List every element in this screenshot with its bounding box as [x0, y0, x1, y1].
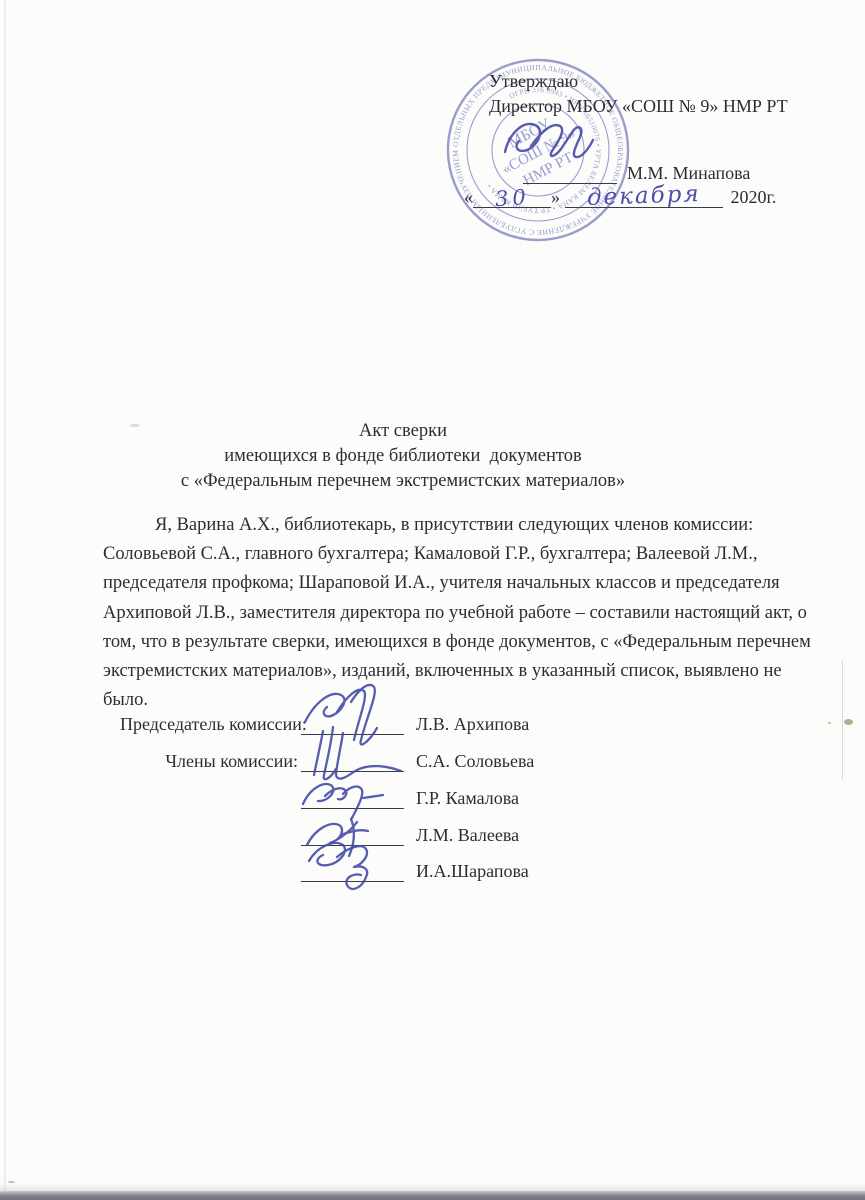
body-line: Я, Варина А.Х., библиотекарь, в присутст…	[103, 511, 779, 540]
scan-speck	[130, 424, 140, 427]
scan-speck	[844, 719, 853, 725]
title-line-1: Акт сверки	[58, 419, 748, 444]
signature-name: Л.М. Валеева	[416, 825, 519, 845]
scan-bottom-edge	[0, 1191, 865, 1200]
date-row: «30» декабря2020г.	[446, 164, 776, 187]
body-paragraph: Я, Варина А.Х., библиотекарь, в присутст…	[103, 511, 779, 715]
document-title: Акт сверки имеющихся в фонде библиотеки …	[58, 419, 748, 494]
signature-role-label: Члены комиссии:	[120, 751, 298, 772]
scan-right-edge	[842, 660, 843, 780]
signature-role-label: Председатель комиссии:	[120, 714, 298, 735]
signature-name: Л.В. Архипова	[416, 714, 529, 734]
handwritten-month: декабря	[586, 183, 700, 209]
body-line: Архиповой Л.В., заместителя директора по…	[103, 599, 779, 628]
scan-bottom-shadow	[0, 1183, 865, 1191]
scan-speck	[8, 1181, 15, 1183]
body-line: том, что в результате сверки, имеющихся …	[103, 628, 779, 657]
title-line-3: с «Федеральным перечнем экстремистских м…	[58, 469, 748, 494]
handwritten-day: 30	[494, 186, 530, 210]
director-signature	[497, 112, 617, 170]
signature-row-member: И.А.Шарапова	[120, 859, 529, 883]
body-line: Соловьевой С.А., главного бухгалтера; Ка…	[103, 540, 779, 569]
date-close-quote: »	[551, 187, 560, 207]
body-line: экстремистских материалов», изданий, вкл…	[103, 657, 779, 686]
scan-speck	[828, 722, 831, 724]
scan-left-edge	[4, 0, 6, 1200]
body-line: председателя профкома; Шараповой И.А., у…	[103, 569, 779, 598]
signature-line	[301, 859, 404, 882]
date-open-quote: «	[464, 187, 473, 207]
signature-sharapova	[297, 823, 407, 895]
signature-name: И.А.Шарапова	[416, 861, 529, 881]
scanned-document-page: МУНИЦИПАЛЬНОЕ БЮДЖЕТНОЕ ОБЩЕОБРАЗОВАТЕЛЬ…	[0, 0, 865, 1200]
approve-label: Утверждаю	[489, 70, 578, 92]
signature-name: С.А. Соловьева	[416, 751, 534, 771]
title-line-2: имеющихся в фонде библиотеки документов	[58, 444, 748, 469]
signature-name: Г.Р. Камалова	[416, 788, 519, 808]
date-year: 2020г.	[731, 187, 777, 207]
